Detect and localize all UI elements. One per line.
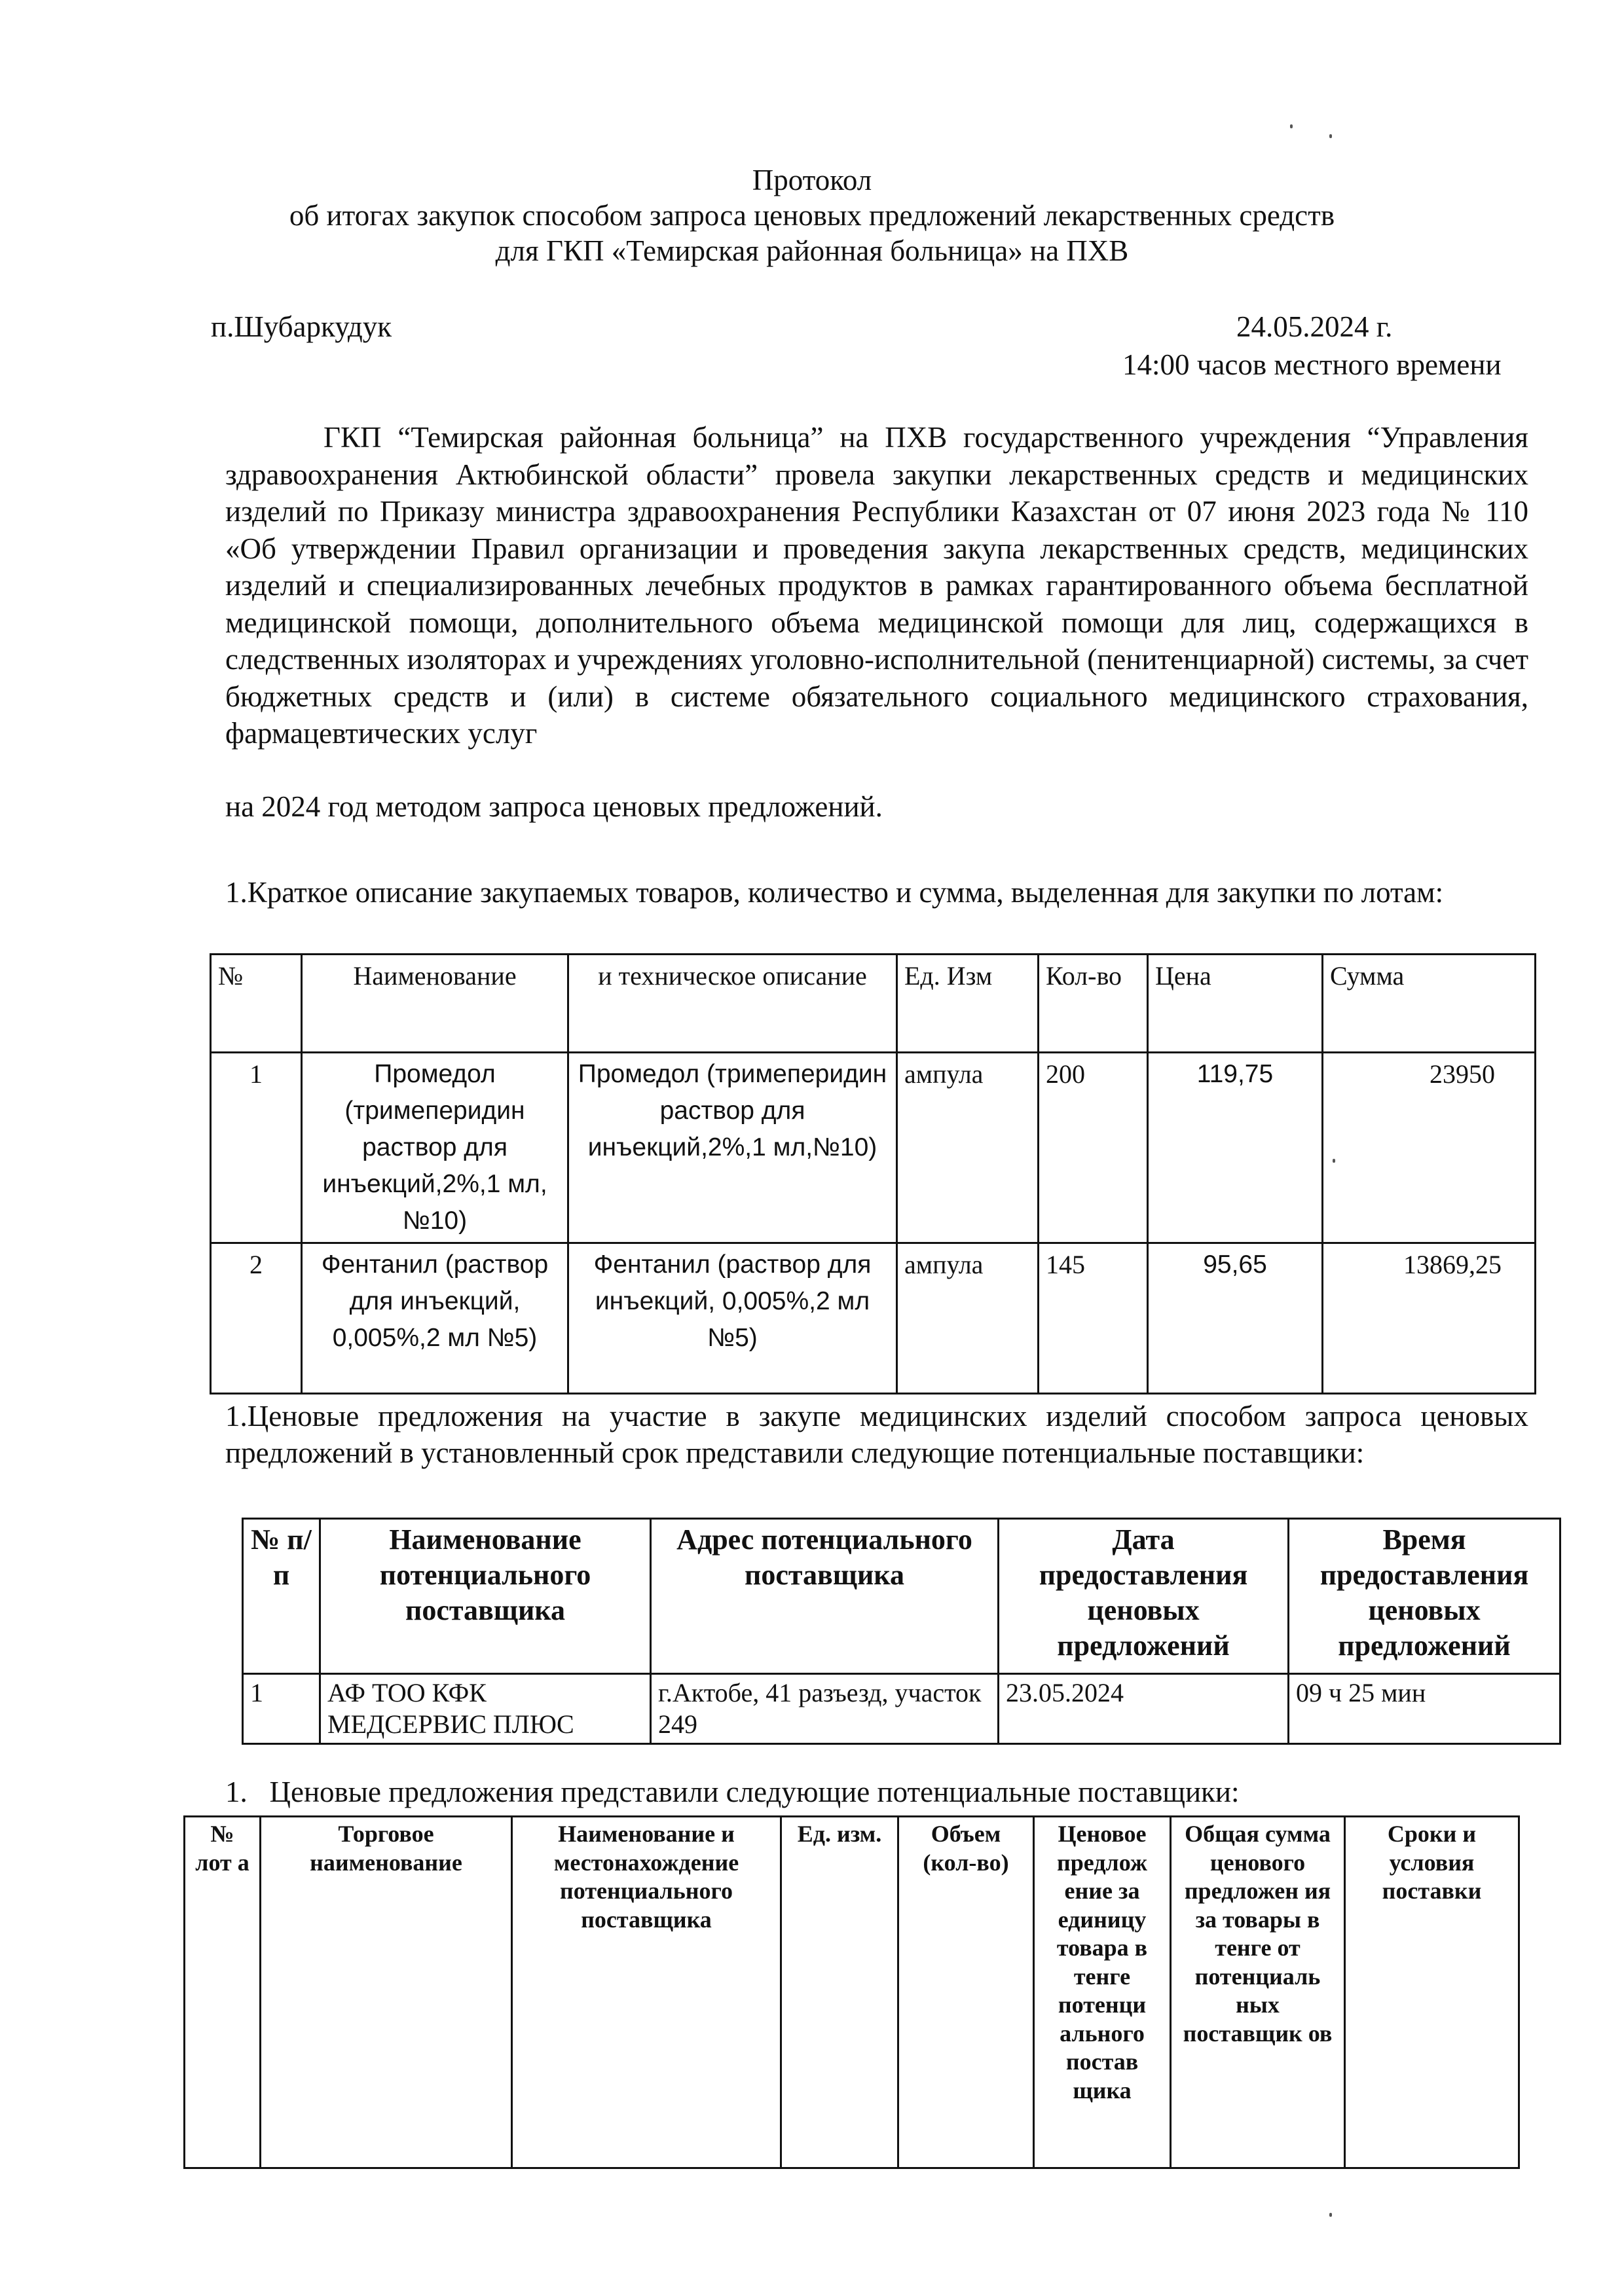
table-row: 1 Промедол (тримеперидин раствор для инъ… <box>211 1053 1536 1243</box>
intro-last-line: на 2024 год методом запроса ценовых пред… <box>225 789 883 824</box>
cell-name: Фентанил (раствор для инъекций, 0,005%,2… <box>302 1243 568 1394</box>
cell-sum: 23950 <box>1323 1053 1536 1243</box>
col-header-address: Адрес потенциального поставщика <box>651 1519 999 1674</box>
col-header-unit: Ед. Изм <box>897 955 1039 1053</box>
section3-heading: 1. Ценовые предложения представили следу… <box>225 1774 1240 1810</box>
scan-speck <box>1333 1159 1335 1163</box>
col-header-delivery-terms: Сроки и условия поставки <box>1345 1817 1519 2168</box>
cell-qty: 200 <box>1039 1053 1148 1243</box>
intro-paragraph: ГКП “Темирская районная больница” на ПХВ… <box>225 419 1528 752</box>
col-header-trade-name: Торговое наименование <box>261 1817 512 2168</box>
col-header-unit-price: Ценовое предлож ение за единицу товара в… <box>1034 1817 1171 2168</box>
col-header-description: и техническое описание <box>568 955 897 1053</box>
col-header-time: Время предоставления ценовых предложений <box>1289 1519 1560 1674</box>
col-header-unit: Ед. изм. <box>781 1817 898 2168</box>
cell-no: 1 <box>211 1053 302 1243</box>
col-header-total-sum: Общая сумма ценового предложен ия за тов… <box>1171 1817 1345 2168</box>
document-place: п.Шубаркудук <box>211 309 392 344</box>
cell-no: 1 <box>243 1674 320 1744</box>
cell-no: 2 <box>211 1243 302 1394</box>
col-header-qty: Кол-во <box>1039 955 1148 1053</box>
intro-text: ГКП “Темирская районная больница” на ПХВ… <box>225 421 1528 750</box>
section1-heading: 1.Краткое описание закупаемых товаров, к… <box>225 875 1528 910</box>
cell-unit: ампула <box>897 1053 1039 1243</box>
scan-speck <box>1290 124 1293 128</box>
cell-price: 95,65 <box>1148 1243 1323 1394</box>
table-row: 2 Фентанил (раствор для инъекций, 0,005%… <box>211 1243 1536 1394</box>
col-header-volume: Объем (кол-во) <box>898 1817 1034 2168</box>
cell-price: 119,75 <box>1148 1053 1323 1243</box>
cell-description: Фентанил (раствор для инъекций, 0,005%,2… <box>568 1243 897 1394</box>
cell-address: г.Актобе, 41 разъезд, участок 249 <box>651 1674 999 1744</box>
cell-description: Промедол (тримеперидин раствор для инъек… <box>568 1053 897 1243</box>
cell-sum: 13869,25 <box>1323 1243 1536 1394</box>
col-header-sum: Сумма <box>1323 955 1536 1053</box>
price-offers-table-header: № лот а Торговое наименование Наименован… <box>185 1817 1519 2168</box>
lots-table-header: № Наименование и техническое описание Ед… <box>211 955 1536 1053</box>
table-row: 1 АФ ТОО КФК МЕДСЕРВИС ПЛЮС г.Актобе, 41… <box>243 1674 1560 1744</box>
col-header-supplier-name-location: Наименование и местонахождение потенциал… <box>512 1817 781 2168</box>
document-subtitle-line2: для ГКП «Темирская районная больница» на… <box>0 233 1624 268</box>
col-header-name: Наименование <box>302 955 568 1053</box>
suppliers-table: № п/п Наименование потенциального постав… <box>242 1518 1561 1745</box>
document-title: Протокол <box>0 162 1624 198</box>
suppliers-table-header: № п/п Наименование потенциального постав… <box>243 1519 1560 1674</box>
scan-speck <box>1329 134 1332 138</box>
scan-speck <box>1329 2213 1332 2217</box>
price-offers-table: № лот а Торговое наименование Наименован… <box>183 1815 1520 2169</box>
col-header-price: Цена <box>1148 955 1323 1053</box>
section2-heading: 1.Ценовые предложения на участие в закуп… <box>225 1398 1528 1471</box>
cell-date: 23.05.2024 <box>999 1674 1289 1744</box>
document-time: 14:00 часов местного времени <box>1122 347 1502 382</box>
col-header-no: № п/п <box>243 1519 320 1674</box>
col-header-date: Дата предоставления ценовых предложений <box>999 1519 1289 1674</box>
cell-name: Промедол (тримеперидин раствор для инъек… <box>302 1053 568 1243</box>
cell-qty: 145 <box>1039 1243 1148 1394</box>
col-header-no: № <box>211 955 302 1053</box>
document-subtitle-line1: об итогах закупок способом запроса ценов… <box>0 198 1624 233</box>
col-header-supplier: Наименование потенциального поставщика <box>320 1519 651 1674</box>
document-date: 24.05.2024 г. <box>1236 309 1392 344</box>
cell-unit: ампула <box>897 1243 1039 1394</box>
cell-supplier: АФ ТОО КФК МЕДСЕРВИС ПЛЮС <box>320 1674 651 1744</box>
lots-table: № Наименование и техническое описание Ед… <box>210 953 1536 1394</box>
col-header-lot-no: № лот а <box>185 1817 261 2168</box>
cell-time: 09 ч 25 мин <box>1289 1674 1560 1744</box>
